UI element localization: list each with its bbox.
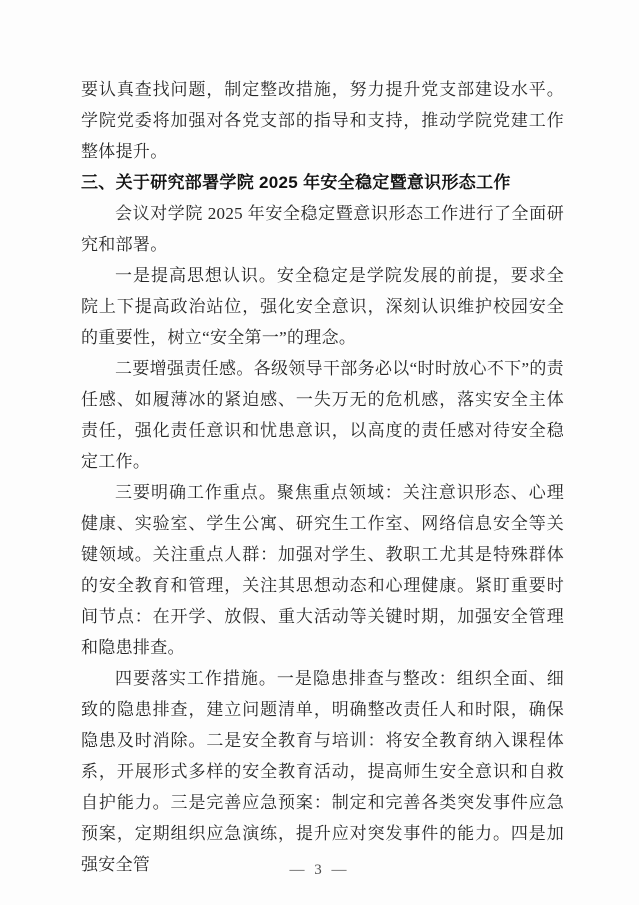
paragraph: 会议对学院 2025 年安全稳定暨意识形态工作进行了全面研究和部署。 <box>81 198 564 260</box>
document-page: 要认真查找问题，制定整改措施，努力提升党支部建设水平。学院党委将加强对各党支部的… <box>0 0 639 905</box>
paragraph: 二要增强责任感。各级领导干部务必以“时时放心不下”的责任感、如履薄冰的紧迫感、一… <box>81 353 564 477</box>
section-heading: 三、关于研究部署学院 2025 年安全稳定暨意识形态工作 <box>81 167 564 198</box>
document-body: 要认真查找问题，制定整改措施，努力提升党支部建设水平。学院党委将加强对各党支部的… <box>81 74 564 880</box>
page-footer: — 3 — <box>0 860 639 880</box>
page-number: — 3 — <box>290 862 350 878</box>
paragraph: 四要落实工作措施。一是隐患排查与整改：组织全面、细致的隐患排查，建立问题清单，明… <box>81 663 564 880</box>
paragraph-continuation: 要认真查找问题，制定整改措施，努力提升党支部建设水平。学院党委将加强对各党支部的… <box>81 74 564 167</box>
paragraph: 三要明确工作重点。聚焦重点领域：关注意识形态、心理健康、实验室、学生公寓、研究生… <box>81 477 564 663</box>
paragraph: 一是提高思想认识。安全稳定是学院发展的前提，要求全院上下提高政治站位，强化安全意… <box>81 260 564 353</box>
